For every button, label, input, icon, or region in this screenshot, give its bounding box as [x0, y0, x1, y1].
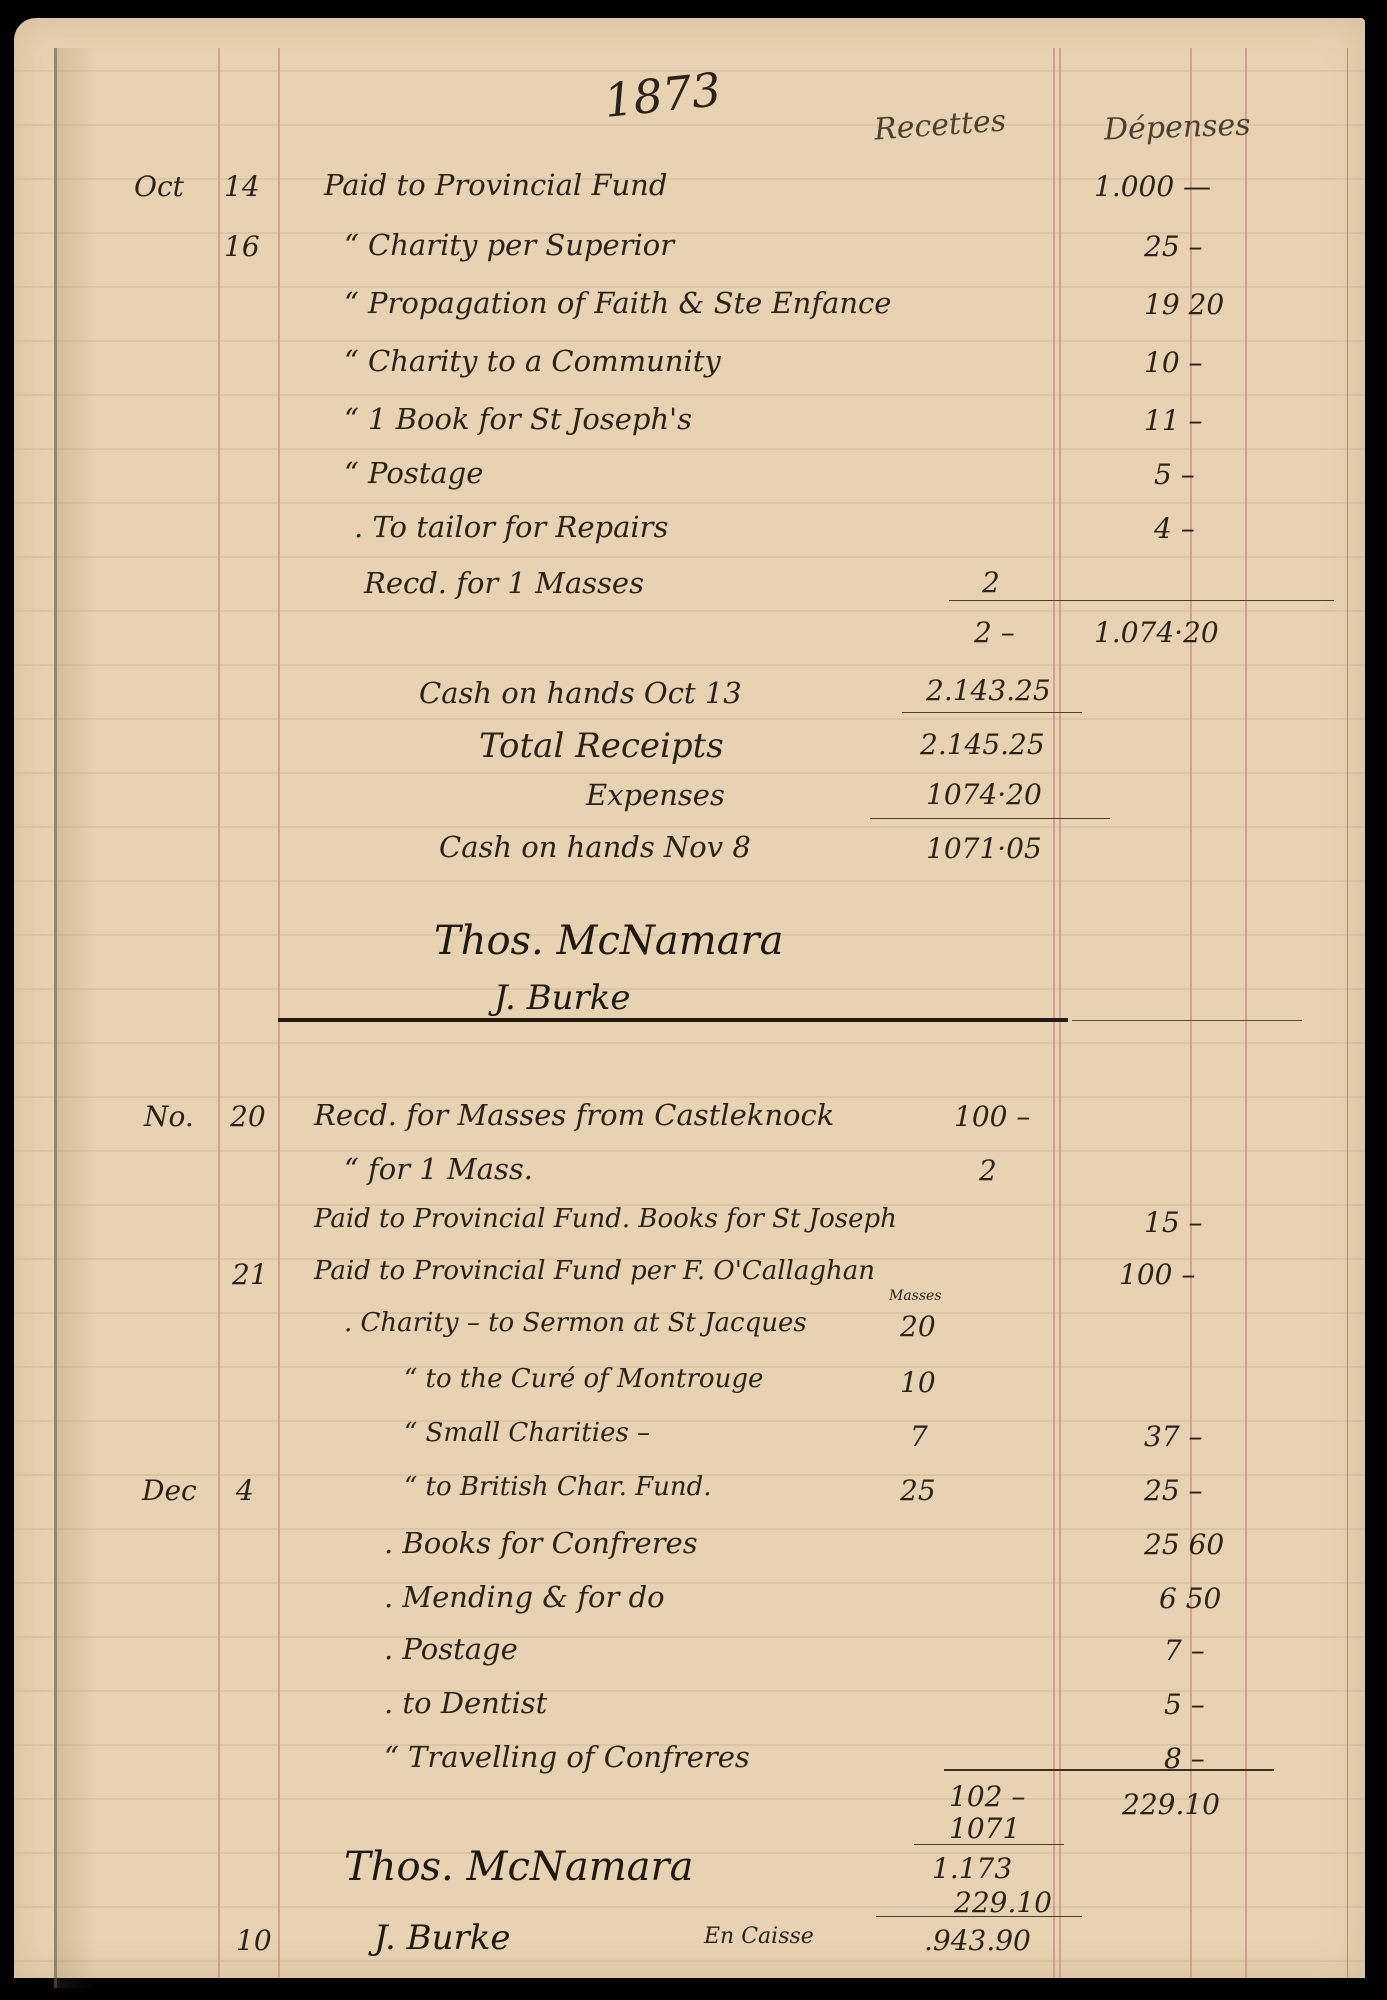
receipts-total: 102 – [949, 1780, 1025, 1813]
section-closing-flourish [1072, 1020, 1302, 1022]
receipts-header: Recettes [873, 103, 1007, 147]
entry-day: 21 [232, 1258, 268, 1291]
entry-day: 14 [224, 170, 260, 203]
entry-expenses: 25 – [1144, 1474, 1203, 1507]
entry-description: “ Propagation of Faith & Ste Enfance [344, 286, 891, 320]
entry-receipts: 25 [900, 1474, 936, 1507]
entry-month: Oct [134, 170, 184, 203]
entry-expenses: 1.000 — [1094, 170, 1211, 203]
entry-description: Paid to Provincial Fund per F. O'Callagh… [314, 1256, 875, 1286]
entry-description: . to Dentist [384, 1686, 547, 1720]
ledger-page: 1873 Recettes Dépenses Oct 14 Paid to Pr… [14, 18, 1365, 1978]
entry-receipts: 20 [900, 1310, 936, 1343]
entry-expenses: 10 – [1144, 346, 1203, 379]
entry-description: Paid to Provincial Fund [324, 168, 667, 202]
summary-label: Cash on hands Oct 13 [419, 676, 742, 710]
summary-value: 1074·20 [926, 778, 1042, 811]
entry-receipts: 7 [910, 1420, 928, 1453]
entry-description: “ Travelling of Confreres [384, 1740, 750, 1774]
summary-rule [870, 818, 1110, 819]
reconciliation-rule [876, 1916, 1082, 1917]
expenses-column-rule [1245, 48, 1247, 1978]
receipts-column-rule [1053, 48, 1055, 1978]
entry-expenses: 15 – [1144, 1206, 1203, 1239]
entry-description: . Charity – to Sermon at St Jacques [344, 1308, 807, 1338]
entry-expenses: 25 60 [1144, 1528, 1224, 1561]
entry-expenses: 6 50 [1159, 1582, 1221, 1615]
reconciliation-value: 1.173 [932, 1852, 1012, 1885]
entry-receipts: 2 [982, 566, 1000, 599]
entry-description: Recd. for 1 Masses [364, 566, 644, 600]
entry-expenses: 25 – [1144, 230, 1203, 263]
entry-expenses: 7 – [1164, 1634, 1205, 1667]
entry-expenses: 11 – [1144, 404, 1203, 437]
entry-description: “ Small Charities – [404, 1418, 650, 1448]
signature-burke: J. Burke [374, 1918, 510, 1958]
total-rule [944, 1769, 1274, 1771]
signature-mcnamara: Thos. McNamara [344, 1844, 693, 1890]
entry-month: Dec [142, 1474, 197, 1507]
expenses-total: 229.10 [1122, 1788, 1220, 1821]
section-closing-rule [278, 1018, 1068, 1022]
entry-description: “ Postage [344, 456, 483, 490]
closing-day: 10 [236, 1924, 272, 1957]
ledger-year: 1873 [601, 62, 723, 128]
entry-description: Paid to Provincial Fund. Books for St Jo… [314, 1204, 897, 1234]
day-column-rule [278, 48, 280, 1978]
entry-expenses: 100 – [1119, 1258, 1195, 1291]
entry-expenses: 19 20 [1144, 288, 1224, 321]
entry-day: 4 [236, 1474, 254, 1507]
entry-receipts: 2 [979, 1154, 997, 1187]
reconciliation-value: 229.10 [954, 1886, 1052, 1919]
entry-description: “ to the Curé of Montrouge [404, 1364, 763, 1394]
entry-description: . Mending & for do [384, 1580, 665, 1614]
reconciliation-rule [914, 1844, 1064, 1845]
entry-day: 16 [224, 230, 260, 263]
summary-label: Total Receipts [479, 726, 724, 766]
signature-burke: J. Burke [494, 978, 630, 1018]
binding-shadow [57, 48, 97, 1988]
receipts-column-rule-double [1059, 48, 1061, 1978]
expenses-header: Dépenses [1103, 107, 1251, 147]
masses-note: Masses [889, 1288, 942, 1304]
receipts-total: 2 – [974, 616, 1015, 649]
summary-value: 1071·05 [926, 832, 1042, 865]
summary-value: 2.143.25 [926, 674, 1051, 707]
total-rule [949, 600, 1334, 601]
summary-label: Expenses [586, 778, 725, 812]
entry-receipts: 10 [900, 1366, 936, 1399]
entry-description: “ 1 Book for St Joseph's [344, 402, 692, 436]
entry-expenses: 4 – [1154, 512, 1195, 545]
entry-expenses: 5 – [1164, 1688, 1205, 1721]
entry-expenses: 5 – [1154, 458, 1195, 491]
month-column-rule [218, 48, 220, 1978]
summary-value: 2.145.25 [920, 728, 1045, 761]
entry-receipts: 100 – [954, 1100, 1030, 1133]
summary-rule [902, 712, 1082, 713]
en-caisse-label: En Caisse [704, 1924, 814, 1949]
entry-description: “ Charity to a Community [344, 344, 721, 378]
entry-description: “ Charity per Superior [344, 228, 674, 262]
entry-description: . To tailor for Repairs [354, 510, 668, 544]
entry-description: “ to British Char. Fund. [404, 1472, 712, 1502]
entry-description: . Books for Confreres [384, 1526, 698, 1560]
entry-expenses: 37 – [1144, 1420, 1203, 1453]
entry-day: 20 [230, 1100, 266, 1133]
entry-description: Recd. for Masses from Castleknock [314, 1098, 834, 1132]
entry-description: . Postage [384, 1632, 518, 1666]
signature-mcnamara: Thos. McNamara [434, 918, 783, 964]
expenses-total: 1.074·20 [1094, 616, 1219, 649]
entry-description: “ for 1 Mass. [344, 1152, 533, 1186]
summary-label: Cash on hands Nov 8 [439, 830, 751, 864]
reconciliation-value: .943.90 [924, 1924, 1031, 1957]
reconciliation-value: 1071 [949, 1812, 1020, 1845]
page-edge-rule [1347, 48, 1348, 1978]
entry-month: No. [144, 1100, 194, 1133]
